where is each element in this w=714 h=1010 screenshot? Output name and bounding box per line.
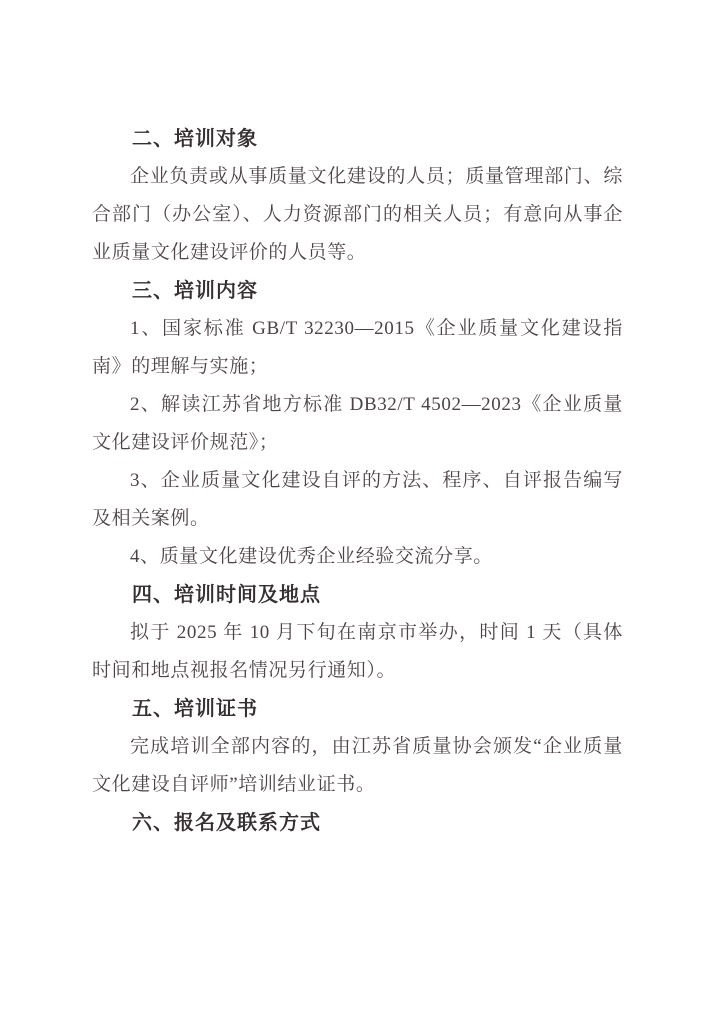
paragraph-training-time-location: 拟于 2025 年 10 月下旬在南京市举办，时间 1 天（具体时间和地点视报名… (92, 614, 623, 690)
paragraph-training-content-item-3: 3、企业质量文化建设自评的方法、程序、自评报告编写及相关案例。 (92, 462, 623, 538)
paragraph-training-audience: 企业负责或从事质量文化建设的人员；质量管理部门、综合部门（办公室）、人力资源部门… (92, 158, 623, 272)
section-registration-contact: 六、报名及联系方式 (92, 804, 623, 842)
section-heading-training-time-location: 四、培训时间及地点 (92, 576, 623, 614)
section-heading-training-audience: 二、培训对象 (92, 120, 623, 158)
section-heading-registration-contact: 六、报名及联系方式 (92, 804, 623, 842)
paragraph-training-content-item-1: 1、国家标准 GB/T 32230—2015《企业质量文化建设指南》的理解与实施… (92, 310, 623, 386)
section-training-time-location: 四、培训时间及地点 拟于 2025 年 10 月下旬在南京市举办，时间 1 天（… (92, 576, 623, 690)
section-training-audience: 二、培训对象 企业负责或从事质量文化建设的人员；质量管理部门、综合部门（办公室）… (92, 120, 623, 272)
document-content: 二、培训对象 企业负责或从事质量文化建设的人员；质量管理部门、综合部门（办公室）… (92, 120, 623, 842)
section-heading-training-certificate: 五、培训证书 (92, 690, 623, 728)
section-training-certificate: 五、培训证书 完成培训全部内容的，由江苏省质量协会颁发“企业质量文化建设自评师”… (92, 690, 623, 804)
paragraph-training-certificate: 完成培训全部内容的，由江苏省质量协会颁发“企业质量文化建设自评师”培训结业证书。 (92, 728, 623, 804)
document-page: 二、培训对象 企业负责或从事质量文化建设的人员；质量管理部门、综合部门（办公室）… (0, 0, 714, 1010)
section-heading-training-content: 三、培训内容 (92, 272, 623, 310)
paragraph-training-content-item-4: 4、质量文化建设优秀企业经验交流分享。 (92, 538, 623, 576)
paragraph-training-content-item-2: 2、解读江苏省地方标准 DB32/T 4502—2023《企业质量文化建设评价规… (92, 386, 623, 462)
section-training-content: 三、培训内容 1、国家标准 GB/T 32230—2015《企业质量文化建设指南… (92, 272, 623, 576)
